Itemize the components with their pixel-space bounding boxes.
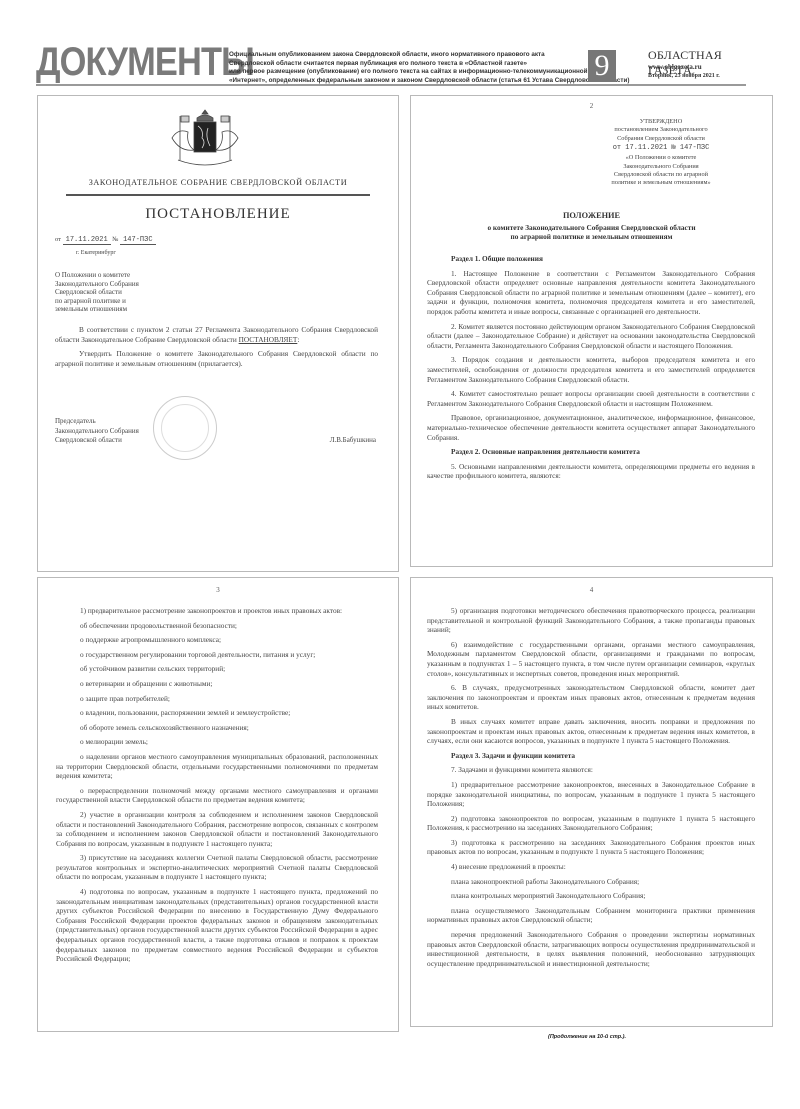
sheet-page-number: 2	[411, 102, 772, 110]
signatory-name: Л.В.Бабушкина	[330, 436, 376, 444]
paragraph: 3) подготовка к рассмотрению на заседани…	[427, 838, 755, 857]
paragraph: о ветеринарии и обращении с животными;	[56, 679, 378, 689]
paragraph: о государственном регулировании торговой…	[56, 650, 378, 660]
signatory-title: Председатель Законодательного Собрания С…	[55, 417, 139, 446]
paragraph: 2. Комитет является постоянно действующи…	[427, 322, 755, 351]
paragraph: перечня предложений Законодательного Соб…	[427, 930, 755, 968]
coat-of-arms-icon	[164, 108, 246, 170]
section-title: ДОКУМЕНТЫ	[36, 40, 254, 84]
paragraph: плана законопроектной работы Законодател…	[427, 877, 755, 887]
paragraph: о мелиорации земель;	[56, 737, 378, 747]
sheet-page-number: 3	[38, 586, 398, 594]
decree-body: В соответствии с пунктом 2 статьи 27 Рег…	[55, 325, 378, 368]
paragraph: о поддержке агропромышленного комплекса;	[56, 635, 378, 645]
organization-name: ЗАКОНОДАТЕЛЬНОЕ СОБРАНИЕ СВЕРДЛОВСКОЙ ОБ…	[38, 178, 398, 187]
section-heading: Раздел 2. Основные направления деятельно…	[427, 447, 755, 457]
paragraph: 3. Порядок создания и деятельности комит…	[427, 355, 755, 384]
paragraph: 2) подготовка законопроектов по вопросам…	[427, 814, 755, 833]
sheet-page-number: 4	[411, 586, 772, 594]
regulation-title: ПОЛОЖЕНИЕ	[411, 211, 772, 220]
document-type: ПОСТАНОВЛЕНИЕ	[38, 206, 398, 223]
decree-number: 147-ПЗС	[120, 236, 155, 245]
resolution: Утвердить Положение о комитете Законодат…	[55, 349, 378, 368]
seal-stamp-icon	[153, 396, 217, 460]
paragraph: 1. Настоящее Положение в соответствии с …	[427, 269, 755, 317]
paragraph: об обеспечении продовольственной безопас…	[56, 621, 378, 631]
paragraph: 4) подготовка по вопросам, указанным в п…	[56, 887, 378, 964]
regulation-body: 5) организация подготовки методического …	[427, 606, 755, 973]
newspaper-website: www.oblgazeta.ru	[648, 63, 702, 71]
section-heading: Раздел 1. Общие положения	[427, 254, 755, 264]
document-page-1: ЗАКОНОДАТЕЛЬНОЕ СОБРАНИЕ СВЕРДЛОВСКОЙ ОБ…	[37, 95, 399, 572]
decree-date: 17.11.2021	[63, 236, 111, 245]
paragraph: о перераспределении полномочий между орг…	[56, 786, 378, 805]
city: г. Екатеринбург	[76, 250, 116, 256]
paragraph: плана контрольных мероприятий Законодате…	[427, 891, 755, 901]
approval-block: УТВЕРЖДЕНО постановлением Законодательно…	[596, 118, 726, 188]
publication-notice: Официальным опубликованием закона Свердл…	[229, 51, 609, 85]
paragraph: 1) предварительное рассмотрение законопр…	[56, 606, 378, 616]
paragraph: о владении, пользовании, распоряжении зе…	[56, 708, 378, 718]
paragraph: 4) внесение предложений в проекты:	[427, 862, 755, 872]
regulation-subtitle: о комитете Законодательного Собрания Све…	[411, 223, 772, 241]
page-number-badge: 9	[588, 50, 616, 82]
paragraph: 4. Комитет самостоятельно решает вопросы…	[427, 389, 755, 408]
document-page-3: 3 1) предварительное рассмотрение законо…	[37, 577, 399, 1032]
paragraph: 5) организация подготовки методического …	[427, 606, 755, 635]
preamble: В соответствии с пунктом 2 статьи 27 Рег…	[55, 325, 378, 344]
paragraph: о защите прав потребителей;	[56, 694, 378, 704]
paragraph: об обороте земель сельскохозяйственного …	[56, 723, 378, 733]
document-page-2: 2 УТВЕРЖДЕНО постановлением Законодатель…	[410, 95, 773, 567]
paragraph: об устойчивом развитии сельских территор…	[56, 664, 378, 674]
paragraph: 6. В случаях, предусмотренных законодате…	[427, 683, 755, 712]
paragraph: 6) взаимодействие с государственными орг…	[427, 640, 755, 678]
issue-date: Вторник, 23 ноября 2021 г.	[648, 73, 720, 79]
decree-date-number: от 17.11.2021 № 147-ПЗС	[55, 236, 156, 244]
paragraph: Правовое, организационное, документацион…	[427, 413, 755, 442]
paragraph: 7. Задачами и функциями комитета являютс…	[427, 765, 755, 775]
paragraph: В иных случаях комитет вправе давать зак…	[427, 717, 755, 746]
header-rule	[66, 194, 370, 196]
regulation-body: 1) предварительное рассмотрение законопр…	[56, 606, 378, 969]
paragraph: 1) предварительное рассмотрение законопр…	[427, 780, 755, 809]
paragraph: о наделении органов местного самоуправле…	[56, 752, 378, 781]
paragraph: плана осуществляемого Законодательным Со…	[427, 906, 755, 925]
paragraph: 3) присутствие на заседаниях коллегии Сч…	[56, 853, 378, 882]
regulation-body: Раздел 1. Общие положения1. Настоящее По…	[427, 254, 755, 486]
paragraph: 5. Основными направлениями деятельности …	[427, 462, 755, 481]
continued-note: (Продолжение на 10-й стр.).	[548, 1034, 626, 1040]
masthead: ДОКУМЕНТЫ Официальным опубликованием зак…	[36, 44, 746, 86]
decree-subject: О Положении о комитете Законодательного …	[55, 271, 139, 314]
section-heading: Раздел 3. Задачи и функции комитета	[427, 751, 755, 761]
document-page-4: 4 5) организация подготовки методическог…	[410, 577, 773, 1027]
paragraph: 2) участие в организации контроля за соб…	[56, 810, 378, 848]
